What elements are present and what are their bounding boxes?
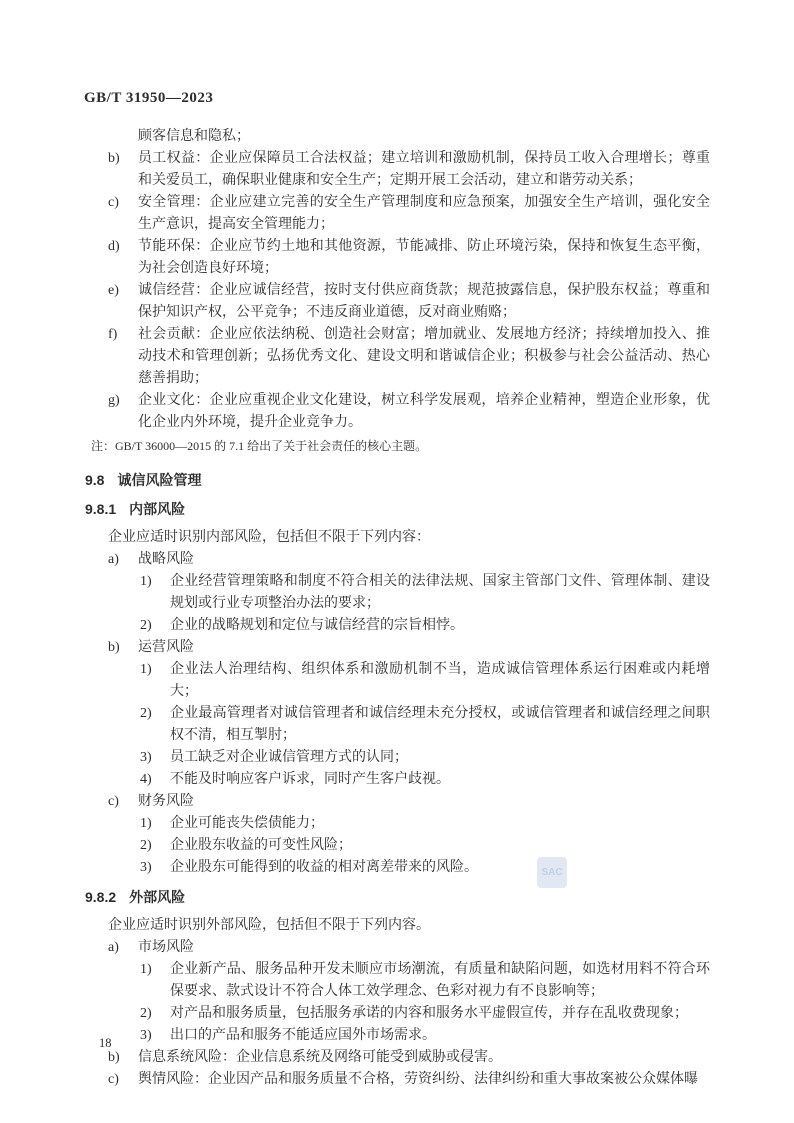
sub-item-label: 1) bbox=[140, 959, 152, 981]
list-item-label: g) bbox=[108, 390, 120, 412]
sub-item-text: 企业法人治理结构、组织体系和激励机制不当，造成诚信管理体系运行困难或内耗增大； bbox=[170, 662, 710, 699]
sub-item-label: 3) bbox=[140, 747, 152, 769]
external-risk-intro: 企业应适时识别外部风险，包括但不限于下列内容。 bbox=[85, 915, 710, 937]
sub-list-item: 4)不能及时响应客户诉求，同时产生客户歧视。 bbox=[85, 769, 710, 791]
section-heading-9-8-2: 9.8.2外部风险 bbox=[85, 886, 710, 908]
sub-item-text: 员工缺乏对企业诚信管理方式的认同； bbox=[170, 750, 408, 765]
section-number: 9.8.1 bbox=[85, 501, 116, 517]
sub-item-label: 3) bbox=[140, 857, 152, 879]
list-item-text: 舆情风险：企业因产品和服务质量不合格，劳资纠纷、法律纠纷和重大事故案被公众媒体曝 bbox=[138, 1072, 698, 1087]
sub-item-text: 企业可能丧失偿债能力； bbox=[170, 816, 324, 831]
sub-item-label: 1) bbox=[140, 813, 152, 835]
section-number: 9.8 bbox=[85, 472, 104, 488]
list-item-c: c)安全管理：企业应建立完善的安全生产管理制度和应急预案，加强安全生产培训，强化… bbox=[85, 192, 710, 236]
list-item-text: 安全管理：企业应建立完善的安全生产管理制度和应急预案，加强安全生产培训，强化安全… bbox=[138, 195, 710, 232]
document-number: GB/T 31950—2023 bbox=[84, 90, 213, 107]
list-item-text: 信息系统风险：企业信息系统及网络可能受到威胁或侵害。 bbox=[138, 1050, 502, 1065]
list-item-d: d)节能环保：企业应节约土地和其他资源，节能减排、防止环境污染，保持和恢复生态平… bbox=[85, 236, 710, 280]
list-item-f: f)社会贡献：企业应依法纳税、创造社会财富；增加就业、发展地方经济；持续增加投入… bbox=[85, 324, 710, 390]
sub-item-label: 1) bbox=[140, 571, 152, 593]
section-title: 内部风险 bbox=[129, 501, 185, 517]
sub-item-label: 2) bbox=[140, 703, 152, 725]
sub-item-text: 企业股东收益的可变性风险； bbox=[170, 838, 352, 853]
document-page: GB/T 31950—2023 顾客信息和隐私； b)员工权益：企业应保障员工合… bbox=[0, 0, 794, 1123]
list-item-label: c) bbox=[108, 791, 119, 813]
list-item-c-finance: c)财务风险 bbox=[85, 791, 710, 813]
list-item-label: b) bbox=[108, 148, 120, 170]
list-item-label: f) bbox=[108, 324, 117, 346]
sub-item-label: 1) bbox=[140, 659, 152, 681]
sub-list-item: 2)企业股东收益的可变性风险； bbox=[85, 835, 710, 857]
list-item-a-market: a)市场风险 bbox=[85, 937, 710, 959]
list-item-c-publicopinion: c)舆情风险：企业因产品和服务质量不合格，劳资纠纷、法律纠纷和重大事故案被公众媒… bbox=[85, 1069, 710, 1091]
sub-list-item: 1)企业新产品、服务品种开发未顺应市场潮流，有质量和缺陷问题，如选材用料不符合环… bbox=[85, 959, 710, 1003]
sac-watermark-logo: SAC bbox=[537, 857, 567, 888]
list-item-text: 员工权益：企业应保障员工合法权益；建立培训和激励机制，保持员工收入合理增长；尊重… bbox=[138, 151, 710, 188]
list-item-label: a) bbox=[108, 937, 119, 959]
list-item-label: e) bbox=[108, 280, 119, 302]
sub-item-text: 企业股东可能得到的收益的相对离差带来的风险。 bbox=[170, 860, 478, 875]
list-item-label: b) bbox=[108, 637, 120, 659]
list-item-text: 企业文化：企业应重视企业文化建设，树立科学发展观，培养企业精神，塑造企业形象，优… bbox=[138, 393, 710, 430]
list-item-e: e)诚信经营：企业应诚信经营，按时支付供应商货款；规范披露信息，保护股东权益；尊… bbox=[85, 280, 710, 324]
section-number: 9.8.2 bbox=[85, 889, 116, 905]
sub-item-label: 4) bbox=[140, 769, 152, 791]
section-heading-9-8-1: 9.8.1内部风险 bbox=[85, 498, 710, 520]
list-item-label: c) bbox=[108, 192, 119, 214]
sub-list-item: 1)企业法人治理结构、组织体系和激励机制不当，造成诚信管理体系运行困难或内耗增大… bbox=[85, 659, 710, 703]
sub-list-item: 1)企业可能丧失偿债能力； bbox=[85, 813, 710, 835]
page-content: 顾客信息和隐私； b)员工权益：企业应保障员工合法权益；建立培训和激励机制，保持… bbox=[85, 126, 710, 1091]
list-item-text: 运营风险 bbox=[138, 640, 194, 655]
sub-item-label: 2) bbox=[140, 615, 152, 637]
section-heading-9-8: 9.8诚信风险管理 bbox=[85, 469, 710, 491]
sub-item-text: 企业最高管理者对诚信管理者和诚信经理未充分授权，或诚信管理者和诚信经理之间职权不… bbox=[170, 706, 710, 743]
sub-item-text: 企业经营管理策略和制度不符合相关的法律法规、国家主管部门文件、管理体制、建设规划… bbox=[170, 574, 710, 611]
list-item-text: 节能环保：企业应节约土地和其他资源，节能减排、防止环境污染，保持和恢复生态平衡，… bbox=[138, 239, 710, 276]
sub-list-item: 3)出口的产品和服务不能适应国外市场需求。 bbox=[85, 1025, 710, 1047]
list-item-label: d) bbox=[108, 236, 120, 258]
sub-item-label: 2) bbox=[140, 835, 152, 857]
list-item-b: b)员工权益：企业应保障员工合法权益；建立培训和激励机制，保持员工收入合理增长；… bbox=[85, 148, 710, 192]
internal-risk-list: a)战略风险 1)企业经营管理策略和制度不符合相关的法律法规、国家主管部门文件、… bbox=[85, 549, 710, 879]
list-item-b-operation: b)运营风险 bbox=[85, 637, 710, 659]
sac-watermark-label: SAC bbox=[541, 867, 562, 878]
sub-item-text: 企业新产品、服务品种开发未顺应市场潮流，有质量和缺陷问题，如选材用料不符合环保要… bbox=[170, 962, 710, 999]
sub-item-text: 对产品和服务质量，包括服务承诺的内容和服务水平虚假宣传，并存在乱收费现象； bbox=[170, 1006, 688, 1021]
sub-item-label: 2) bbox=[140, 1003, 152, 1025]
list-item-label: c) bbox=[108, 1069, 119, 1091]
list-item-a-strategy: a)战略风险 bbox=[85, 549, 710, 571]
list-item-text: 战略风险 bbox=[138, 552, 194, 567]
sub-list-item: 3)企业股东可能得到的收益的相对离差带来的风险。 bbox=[85, 857, 710, 879]
list-item-text: 诚信经营：企业应诚信经营，按时支付供应商货款；规范披露信息，保护股东权益；尊重和… bbox=[138, 283, 710, 320]
list-item-text: 社会贡献：企业应依法纳税、创造社会财富；增加就业、发展地方经济；持续增加投入、推… bbox=[138, 327, 710, 386]
sub-item-text: 出口的产品和服务不能适应国外市场需求。 bbox=[170, 1028, 436, 1043]
sub-list-item: 2)企业的战略规划和定位与诚信经营的宗旨相悖。 bbox=[85, 615, 710, 637]
list-item-g: g)企业文化：企业应重视企业文化建设，树立科学发展观，培养企业精神，塑造企业形象… bbox=[85, 390, 710, 434]
list-item-label: a) bbox=[108, 549, 119, 571]
sub-item-text: 企业的战略规划和定位与诚信经营的宗旨相悖。 bbox=[170, 618, 464, 633]
list-item-b-infosystem: b)信息系统风险：企业信息系统及网络可能受到威胁或侵害。 bbox=[85, 1047, 710, 1069]
sub-list-item: 3)员工缺乏对企业诚信管理方式的认同； bbox=[85, 747, 710, 769]
continuation-text: 顾客信息和隐私； bbox=[85, 126, 710, 148]
sub-list-item: 1)企业经营管理策略和制度不符合相关的法律法规、国家主管部门文件、管理体制、建设… bbox=[85, 571, 710, 615]
external-risk-list: a)市场风险 1)企业新产品、服务品种开发未顺应市场潮流，有质量和缺陷问题，如选… bbox=[85, 937, 710, 1091]
note-text: 注：GB/T 36000—2015 的 7.1 给出了关于社会责任的核心主题。 bbox=[85, 436, 710, 456]
internal-risk-intro: 企业应适时识别内部风险，包括但不限于下列内容： bbox=[85, 527, 710, 549]
sub-list-item: 2)企业最高管理者对诚信管理者和诚信经理未充分授权，或诚信管理者和诚信经理之间职… bbox=[85, 703, 710, 747]
list-item-text: 财务风险 bbox=[138, 794, 194, 809]
sub-item-label: 3) bbox=[140, 1025, 152, 1047]
sub-item-text: 不能及时响应客户诉求，同时产生客户歧视。 bbox=[170, 772, 450, 787]
sub-list-item: 2)对产品和服务质量，包括服务承诺的内容和服务水平虚假宣传，并存在乱收费现象； bbox=[85, 1003, 710, 1025]
section-title: 诚信风险管理 bbox=[117, 472, 201, 488]
page-number: 18 bbox=[99, 1036, 112, 1051]
section-title: 外部风险 bbox=[129, 889, 185, 905]
list-item-text: 市场风险 bbox=[138, 940, 194, 955]
